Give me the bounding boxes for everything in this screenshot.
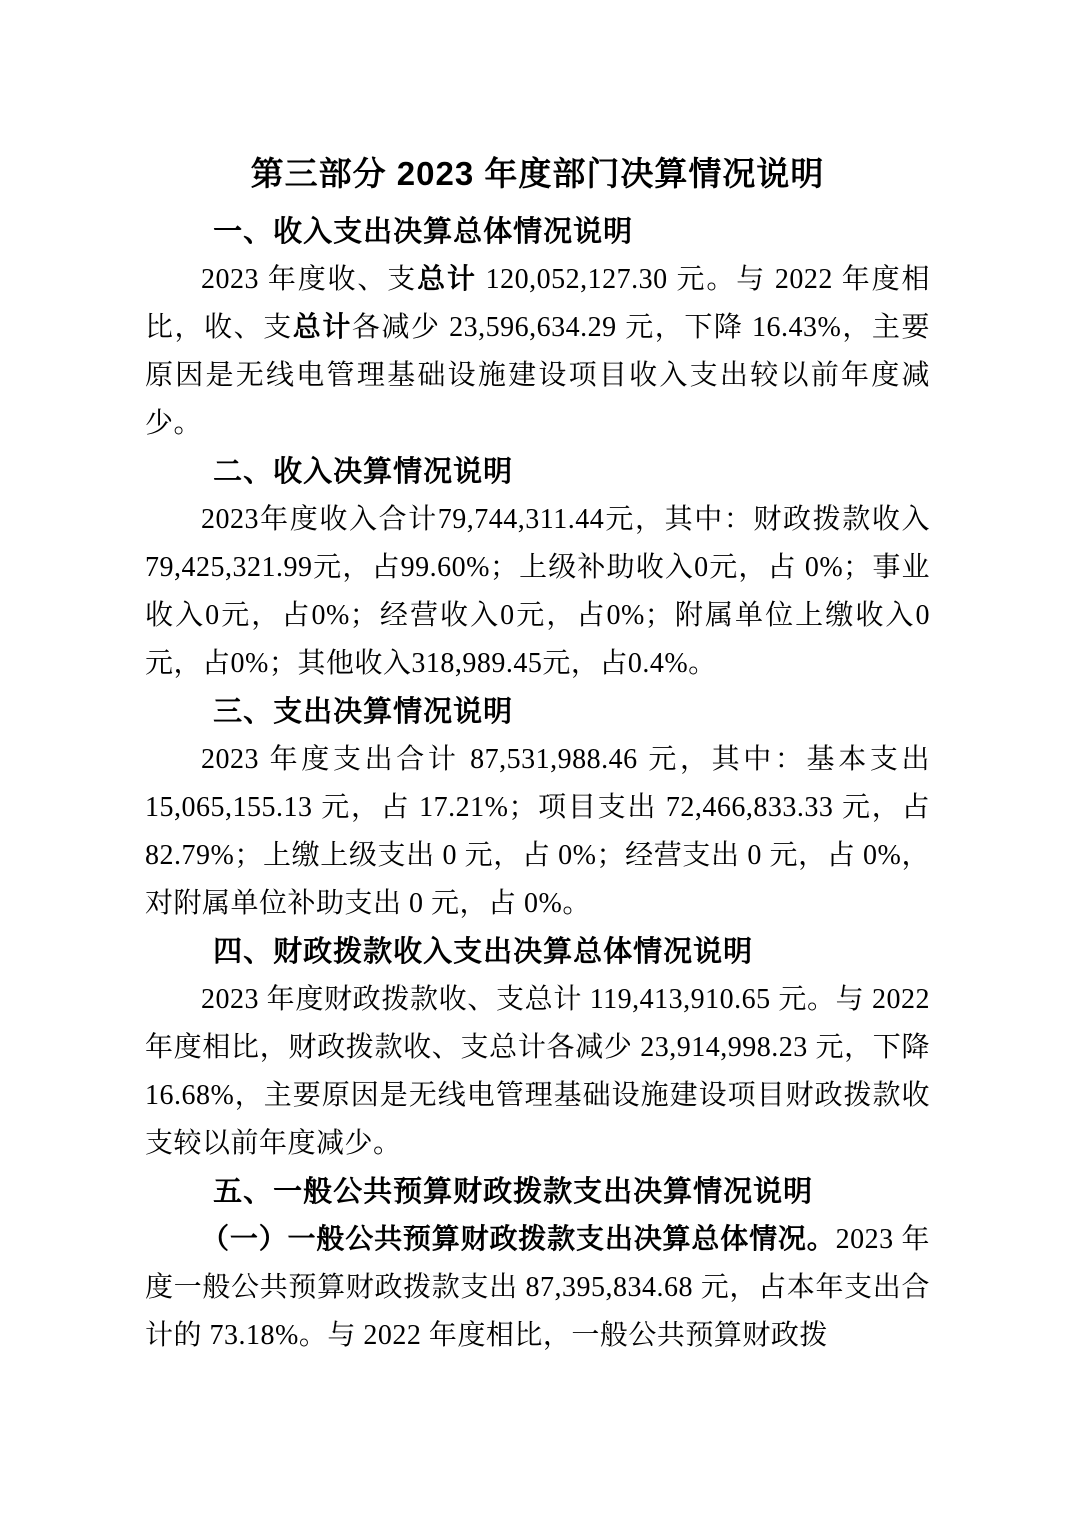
section-5-paragraph: （一）一般公共预算财政拨款支出决算总体情况。2023 年度一般公共预算财政拨款支… — [145, 1216, 930, 1360]
section-fiscal-appropriation-overview: 四、财政拨款收入支出决算总体情况说明 2023 年度财政拨款收、支总计 119,… — [145, 928, 930, 1168]
text-run-bold: （一）一般公共预算财政拨款支出决算总体情况。 — [201, 1224, 836, 1255]
section-4-heading: 四、财政拨款收入支出决算总体情况说明 — [145, 928, 930, 976]
section-1-paragraph: 2023 年度收、支总计 120,052,127.30 元。与 2022 年度相… — [145, 256, 930, 448]
text-run: 2023 年度财政拨款收、支总计 119,413,910.65 元。与 2022… — [145, 984, 930, 1159]
page-title: 第三部分 2023 年度部门决算情况说明 — [145, 150, 930, 198]
section-5-heading: 五、一般公共预算财政拨款支出决算情况说明 — [145, 1168, 930, 1216]
section-income-final-accounts: 二、收入决算情况说明 2023年度收入合计79,744,311.44元，其中：财… — [145, 448, 930, 688]
section-income-expenditure-overview: 一、收入支出决算总体情况说明 2023 年度收、支总计 120,052,127.… — [145, 208, 930, 448]
text-run: 2023 年度支出合计 87,531,988.46 元，其中：基本支出 15,0… — [145, 744, 930, 919]
section-3-paragraph: 2023 年度支出合计 87,531,988.46 元，其中：基本支出 15,0… — [145, 736, 930, 928]
section-2-paragraph: 2023年度收入合计79,744,311.44元，其中：财政拨款收入79,425… — [145, 496, 930, 688]
section-public-budget-expenditure: 五、一般公共预算财政拨款支出决算情况说明 （一）一般公共预算财政拨款支出决算总体… — [145, 1168, 930, 1360]
section-2-heading: 二、收入决算情况说明 — [145, 448, 930, 496]
section-4-paragraph: 2023 年度财政拨款收、支总计 119,413,910.65 元。与 2022… — [145, 976, 930, 1168]
section-1-heading: 一、收入支出决算总体情况说明 — [145, 208, 930, 256]
text-run: 2023 年度收、支 — [201, 264, 417, 295]
section-3-heading: 三、支出决算情况说明 — [145, 688, 930, 736]
text-run-bold: 总计 — [293, 312, 352, 343]
text-run-bold: 总计 — [417, 264, 477, 295]
document-page: 第三部分 2023 年度部门决算情况说明 一、收入支出决算总体情况说明 2023… — [0, 0, 1074, 1520]
text-run: 2023年度收入合计79,744,311.44元，其中：财政拨款收入79,425… — [145, 504, 930, 679]
section-expenditure-final-accounts: 三、支出决算情况说明 2023 年度支出合计 87,531,988.46 元，其… — [145, 688, 930, 928]
